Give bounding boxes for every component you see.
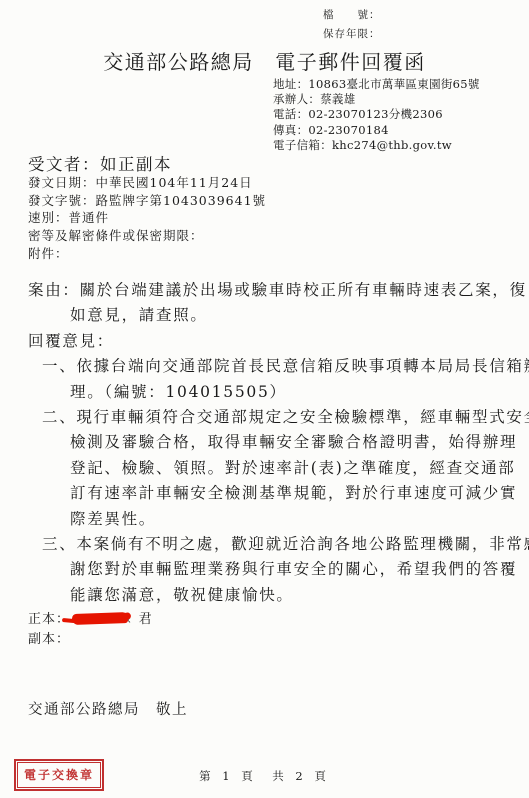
contact-fax: 傳真：02-23070184: [273, 123, 480, 138]
security-classification: 密等及解密條件或保密期限：: [28, 227, 266, 245]
attachment-label: 附件：: [28, 245, 266, 263]
redaction-scribble: [72, 612, 128, 625]
item-3-line-2: 謝您對於車輛監理業務與行車安全的關心，希望我們的答覆: [70, 557, 529, 582]
contact-officer: 承辦人：蔡義雄: [273, 92, 480, 107]
subject-line-2: 如意見，請查照。: [70, 303, 529, 328]
honorific-suffix: 君: [139, 612, 153, 627]
official-reply-letter: 檔 號： 保存年限： 交通部公路總局 電子郵件回覆函 地址：10863臺北市萬華…: [0, 0, 529, 798]
carbon-copy-line: 副本：: [28, 628, 70, 647]
delivery-speed: 速別：普通件: [28, 209, 266, 227]
file-number-label: 檔 號：: [323, 6, 381, 25]
item-1-line-2: 理。（編號：104015505）: [70, 380, 529, 405]
contact-address: 地址：10863臺北市萬華區東園街65號: [273, 77, 480, 92]
recipient-line: 受文者：如正副本: [28, 151, 172, 175]
item-2-line-5: 際差異性。: [70, 507, 529, 532]
subject-line-1: 案由：關於台端建議於出場或驗車時校正所有車輛時速表乙案，復: [28, 278, 529, 303]
agency-contact-block: 地址：10863臺北市萬華區東園街65號 承辦人：蔡義雄 電話：02-23070…: [273, 77, 480, 153]
item-3-line-3: 能讓您滿意，敬祝健康愉快。: [70, 583, 529, 608]
contact-phone: 電話：02-23070123分機2306: [273, 107, 480, 122]
document-number: 發文字號：路監牌字第1043039641號: [28, 192, 266, 210]
reply-opinion-heading: 回覆意見：: [28, 329, 529, 354]
file-number-block: 檔 號： 保存年限：: [323, 6, 381, 44]
signature-line: 交通部公路總局 敬上: [28, 698, 188, 719]
item-2-line-2: 檢測及審驗合格，取得車輛安全審驗合格證明書，始得辦理: [70, 430, 529, 455]
page-number: 第 1 頁 共 2 頁: [0, 768, 529, 784]
item-2-line-4: 訂有速率計車輛安全檢測基準規範，對於行車速度可減少實: [70, 481, 529, 506]
issue-date: 發文日期：中華民國104年11月24日: [28, 174, 266, 192]
retention-period-label: 保存年限：: [323, 25, 381, 44]
item-2-line-1: 二、現行車輛須符合交通部規定之安全檢驗標準，經車輛型式安全: [42, 405, 529, 430]
item-1-line-1: 一、依據台端向交通部院首長民意信箱反映事項轉本局局長信箱辦: [42, 354, 529, 379]
reply-body: 案由：關於台端建議於出場或驗車時校正所有車輛時速表乙案，復 如意見，請查照。 回…: [28, 278, 529, 608]
contact-email: 電子信箱：khc274@thb.gov.tw: [273, 138, 480, 153]
item-3-line-1: 三、本案倘有不明之處，歡迎就近洽詢各地公路監理機關，非常感: [42, 532, 529, 557]
document-meta-block: 發文日期：中華民國104年11月24日 發文字號：路監牌字第1043039641…: [28, 174, 266, 263]
item-2-line-3: 登記、檢驗、領照。對於速率計(表)之準確度，經查交通部: [70, 456, 529, 481]
original-copy-line: 正本：×君: [28, 608, 153, 627]
document-title: 交通部公路總局 電子郵件回覆函: [0, 46, 529, 75]
